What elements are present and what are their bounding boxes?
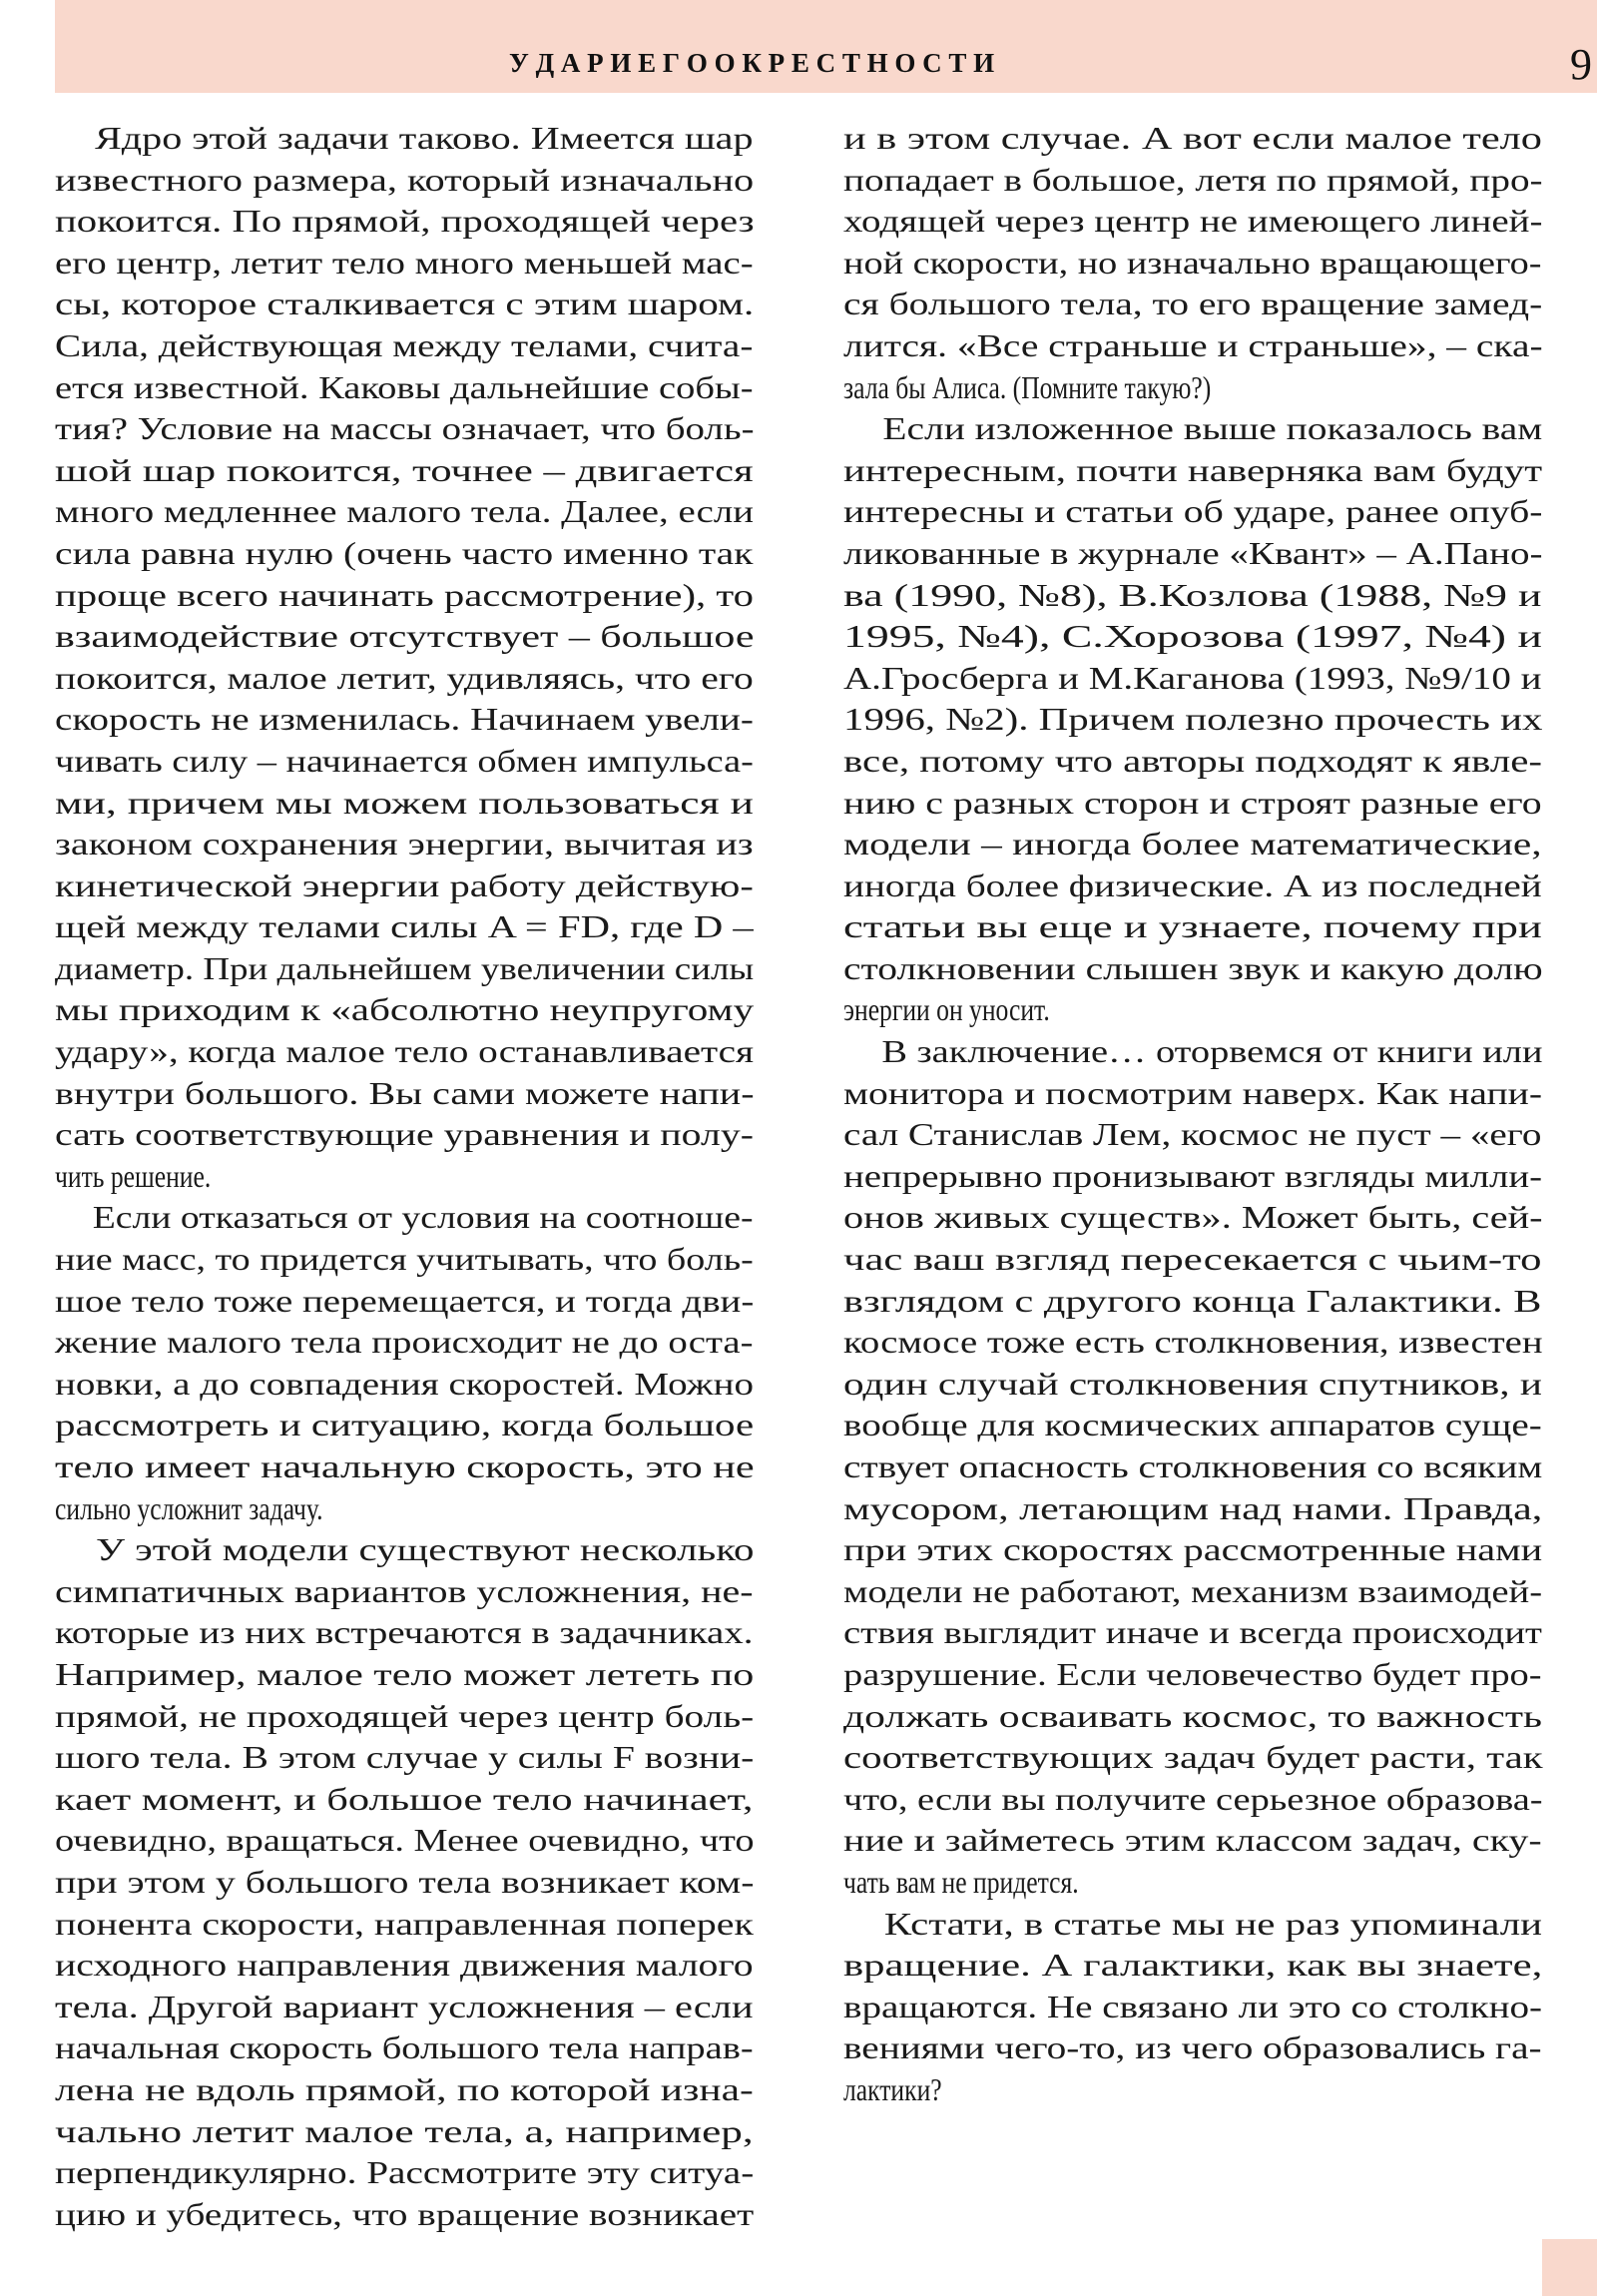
text-line: все, потому что авторы подходят к явле- xyxy=(843,741,1597,783)
text-line: В заключение… оторвемся от книги или xyxy=(843,1031,1597,1073)
text-line: ствует опасность столкновения со всяким xyxy=(843,1446,1597,1488)
text-line: ется известной. Каковы дальнейшие собы- xyxy=(55,367,895,409)
text-line: покоится. По прямой, проходящей через xyxy=(55,201,944,243)
running-title: У Д А Р И Е Г О О К Р Е С Т Н О С Т И xyxy=(509,48,1148,78)
text-line: ликованные в журнале «Квант» – А.Пано- xyxy=(843,533,1597,575)
text-line: интересны и статьи об ударе, ранее опуб- xyxy=(843,491,1597,533)
text-line: исходного направления движения малого xyxy=(55,1945,923,1987)
text-line: столкновении слышен звук и какую долю xyxy=(843,948,1597,990)
text-line: Если отказаться от условия на соотноше- xyxy=(55,1197,878,1239)
text-line: чивать силу – начинается обмен импульса- xyxy=(55,741,892,783)
text-line: чить решение. xyxy=(55,1156,614,1198)
text-line: модели – иногда более математические, xyxy=(843,824,1597,865)
text-line: проще всего начинать рассмотрение), то xyxy=(55,575,944,617)
text-line: Ядро этой задачи таково. Имеется шар xyxy=(55,118,930,160)
text-line: тия? Условие на массы означает, что боль… xyxy=(55,408,904,450)
page-number: 9 xyxy=(1570,40,1592,90)
text-line: тела. Другой вариант усложнения – если xyxy=(55,1987,936,2028)
text-line: взглядом с другого конца Галактики. В xyxy=(843,1281,1597,1323)
text-line: известного размера, который изначально xyxy=(55,160,934,202)
text-line: много медленнее малого тела. Далее, если xyxy=(55,491,902,533)
text-line: диаметр. При дальнейшем увеличении силы xyxy=(55,948,862,990)
text-line: жение малого тела происходит не до оста- xyxy=(55,1322,902,1364)
text-line: законом сохранения энергии, вычитая из xyxy=(55,824,933,865)
text-line: энергии он уносит. xyxy=(843,989,1402,1031)
text-line: мусором, летающим над нами. Правда, xyxy=(843,1488,1597,1530)
text-line: зала бы Алиса. (Помните такую?) xyxy=(843,367,1402,409)
text-line: 1995, №4), С.Хорозова (1997, №4) и xyxy=(843,616,1597,658)
text-line: тело имеет начальную скорость, это не xyxy=(55,1446,978,1488)
text-line: что, если вы получите серьезное образова… xyxy=(843,1779,1597,1821)
text-line: очевидно, вращаться. Менее очевидно, что xyxy=(55,1820,892,1862)
text-line: онов живых существ». Может быть, сей- xyxy=(843,1197,1597,1239)
text-line: ние масс, то придется учитывать, что бол… xyxy=(55,1239,885,1281)
text-line: Если изложенное выше показалось вам xyxy=(843,408,1597,450)
text-line: рассмотреть и ситуацию, когда большое xyxy=(55,1405,949,1446)
text-line: сильно усложнит задачу. xyxy=(55,1488,614,1530)
text-line: ся большого тела, то его вращение замед- xyxy=(843,284,1597,325)
text-line: кает момент, и большое тело начинает, xyxy=(55,1779,981,1821)
text-line: взаимодействие отсутствует – большое xyxy=(55,616,971,658)
text-line: час ваш взгляд пересекается с чьим-то xyxy=(843,1239,1597,1281)
text-line: статьи вы еще и узнаете, почему при xyxy=(843,906,1597,948)
text-line: разрушение. Если человечество будет про- xyxy=(843,1654,1597,1696)
text-line: соответствующих задач будет расти, так xyxy=(843,1737,1597,1779)
text-line: Кстати, в статье мы не раз упоминали xyxy=(843,1904,1597,1946)
text-line: при этих скоростях рассмотренные нами xyxy=(843,1529,1597,1571)
text-line: и в этом случае. А вот если малое тело xyxy=(843,118,1597,160)
text-line: нию с разных сторон и строят разные его xyxy=(843,783,1597,825)
text-line: лактики? xyxy=(843,2069,1402,2111)
text-line: начальная скорость большого тела направ- xyxy=(55,2027,893,2069)
text-line: мы приходим к «абсолютно неупругому xyxy=(55,989,952,1031)
page-corner-tab xyxy=(1542,2239,1597,2296)
text-line: кинетической энергии работу действую- xyxy=(55,865,941,907)
text-line: 1996, №2). Причем полезно прочесть их xyxy=(843,699,1597,741)
text-line: сила равна нулю (очень часто именно так xyxy=(55,533,919,575)
text-column-left: Ядро этой задачи таково. Имеется шаризве… xyxy=(55,118,754,2235)
text-line: сать соответствующие уравнения и полу- xyxy=(55,1114,922,1156)
text-line: иногда более физические. А из последней xyxy=(843,865,1597,907)
text-line: удару», когда малое тело останавливается xyxy=(55,1031,911,1073)
text-line: попадает в большое, летя по прямой, про- xyxy=(843,160,1597,202)
text-line: лится. «Все страньше и страньше», – ска- xyxy=(843,325,1597,367)
text-line: интересным, почти наверняка вам будут xyxy=(843,450,1597,492)
text-line: шого тела. В этом случае у силы F возни- xyxy=(55,1737,920,1779)
text-line: ствия выглядит иначе и всегда происходит xyxy=(843,1612,1597,1654)
text-line: модели не работают, механизм взаимодей- xyxy=(843,1571,1597,1613)
text-line: Сила, действующая между телами, счита- xyxy=(55,325,911,367)
text-column-right: и в этом случае. А вот если малое телопо… xyxy=(843,118,1542,2111)
text-line: цию и убедитесь, что вращение возникает xyxy=(55,2194,908,2236)
text-line: лена не вдоль прямой, по которой изна- xyxy=(55,2069,960,2111)
text-line: внутри большого. Вы сами можете напи- xyxy=(55,1073,930,1115)
text-line: щей между телами силы A = FD, где D – xyxy=(55,906,942,948)
text-line: прямой, не проходящей через центр боль- xyxy=(55,1696,911,1738)
text-line: скорость не изменилась. Начинаем увели- xyxy=(55,699,910,741)
text-line: чать вам не придется. xyxy=(843,1862,1402,1904)
text-line: вращение. А галактики, как вы знаете, xyxy=(843,1945,1597,1987)
text-line: А.Гросберга и М.Каганова (1993, №9/10 и xyxy=(843,658,1597,700)
text-line: его центр, летит тело много меньшей мас- xyxy=(55,243,904,285)
text-line: при этом у большого тела возникает ком- xyxy=(55,1862,925,1904)
text-line: вениями чего-то, из чего образовались га… xyxy=(843,2027,1597,2069)
text-line: новки, а до совпадения скоростей. Можно xyxy=(55,1364,907,1406)
text-line: вообще для космических аппаратов суще- xyxy=(843,1405,1597,1446)
text-line: непрерывно пронизывают взгляды милли- xyxy=(843,1156,1597,1198)
text-line: сы, которое сталкивается с этим шаром. xyxy=(55,284,952,325)
text-line: один случай столкновения спутников, и xyxy=(843,1364,1597,1406)
text-line: покоится, малое летит, удивляясь, что ег… xyxy=(55,658,919,700)
text-line: понента скорости, направленная поперек xyxy=(55,1904,926,1946)
text-line: ной скорости, но изначально вращающего- xyxy=(843,243,1597,285)
text-line: должать осваивать космос, то важность xyxy=(843,1696,1597,1738)
text-line: вращаются. Не связано ли это со столкно- xyxy=(843,1987,1597,2028)
text-line: сал Станислав Лем, космос не пуст – «его xyxy=(843,1114,1597,1156)
text-line: шое тело тоже перемещается, и тогда дви- xyxy=(55,1281,904,1323)
text-line: ходящей через центр не имеющего линей- xyxy=(843,201,1597,243)
running-header-band: У Д А Р И Е Г О О К Р Е С Т Н О С Т И 9 xyxy=(55,0,1597,93)
text-line: У этой модели существуют несколько xyxy=(55,1529,949,1571)
text-line: которые из них встречаются в задачниках. xyxy=(55,1612,904,1654)
text-line: симпатичных вариантов усложнения, не- xyxy=(55,1571,928,1613)
text-line: ва (1990, №8), В.Козлова (1988, №9 и xyxy=(843,575,1597,617)
text-line: перпендикулярно. Рассмотрите эту ситуа- xyxy=(55,2152,911,2194)
text-line: чально летит малое тела, а, например, xyxy=(55,2111,997,2153)
text-line: космосе тоже есть столкновения, известен xyxy=(843,1322,1597,1364)
text-line: монитора и посмотрим наверх. Как напи- xyxy=(843,1073,1597,1115)
text-line: Например, малое тело может лететь по xyxy=(55,1654,974,1696)
text-line: ние и займетесь этим классом задач, ску- xyxy=(843,1820,1597,1862)
